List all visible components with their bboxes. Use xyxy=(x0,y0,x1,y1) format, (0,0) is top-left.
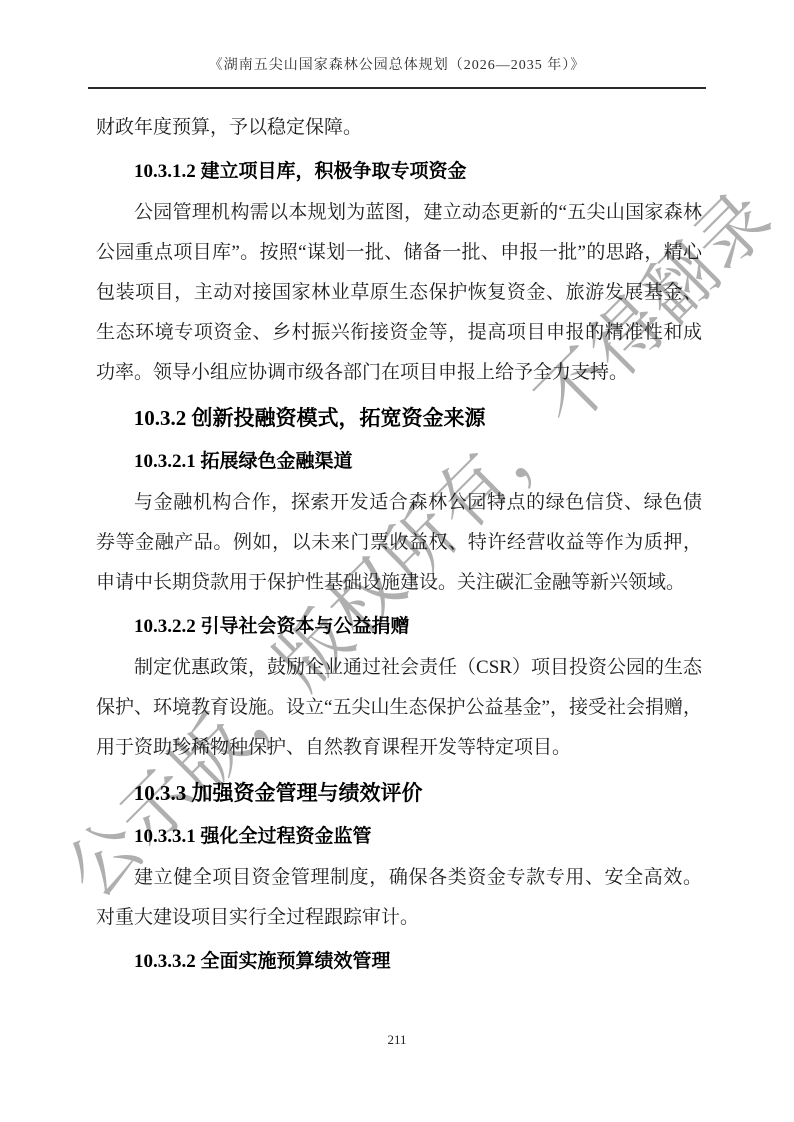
section-heading-10-3-3: 10.3.3 加强资金管理与绩效评价 xyxy=(96,773,702,813)
header-divider xyxy=(88,87,706,89)
paragraph: 与金融机构合作，探索开发适合森林公园特点的绿色信贷、绿色债券等金融产品。例如，以… xyxy=(96,483,702,603)
section-heading-10-3-2-1: 10.3.2.1 拓展绿色金融渠道 xyxy=(96,442,702,482)
paragraph: 建立健全项目资金管理制度，确保各类资金专款专用、安全高效。对重大建设项目实行全过… xyxy=(96,858,702,938)
section-heading-10-3-2-2: 10.3.2.2 引导社会资本与公益捐赠 xyxy=(96,607,702,647)
paragraph-continuation: 财政年度预算，予以稳定保障。 xyxy=(96,108,702,148)
section-heading-10-3-3-1: 10.3.3.1 强化全过程资金监管 xyxy=(96,817,702,857)
document-body: 财政年度预算，予以稳定保障。 10.3.1.2 建立项目库，积极争取专项资金 公… xyxy=(96,108,702,983)
document-page: 公示版，版权所有，不得翻录 《湖南五尖山国家森林公园总体规划（2026—2035… xyxy=(0,0,794,1122)
paragraph: 制定优惠政策，鼓励企业通过社会责任（CSR）项目投资公园的生态保护、环境教育设施… xyxy=(96,648,702,768)
page-header-title: 《湖南五尖山国家森林公园总体规划（2026—2035 年）》 xyxy=(88,54,706,74)
paragraph: 公园管理机构需以本规划为蓝图，建立动态更新的“五尖山国家森林公园重点项目库”。按… xyxy=(96,193,702,393)
section-heading-10-3-3-2: 10.3.3.2 全面实施预算绩效管理 xyxy=(96,942,702,982)
section-heading-10-3-2: 10.3.2 创新投融资模式，拓宽资金来源 xyxy=(96,398,702,438)
page-number: 211 xyxy=(0,1032,794,1048)
section-heading-10-3-1-2: 10.3.1.2 建立项目库，积极争取专项资金 xyxy=(96,152,702,192)
